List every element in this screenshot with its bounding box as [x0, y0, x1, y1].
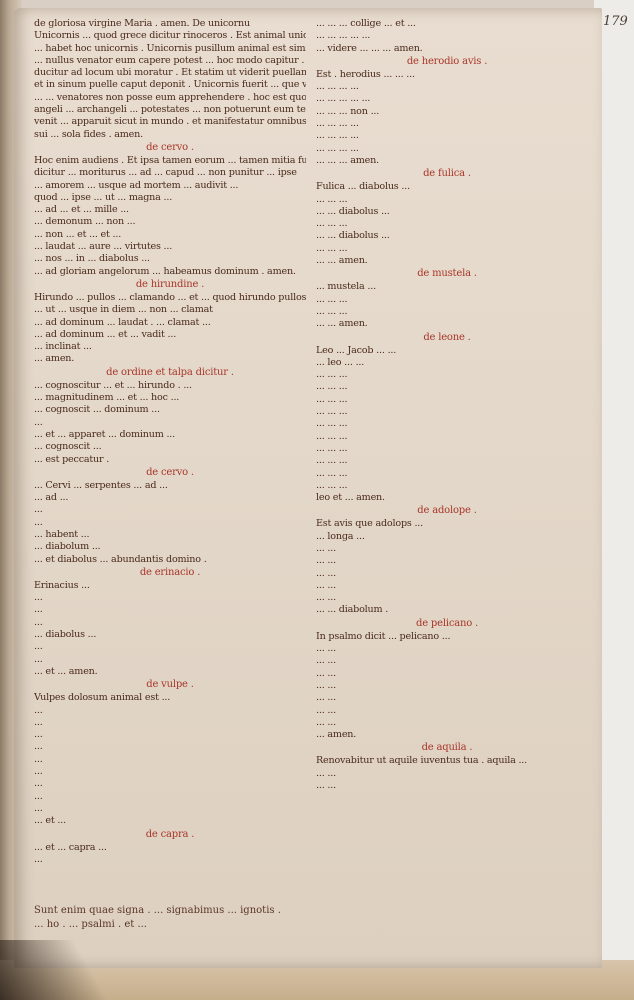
- text-line: ... ad dominum ... laudat . ... clamat .…: [34, 317, 306, 329]
- margin-note-line: Sunt enim quae signa . ... signabimus ..…: [34, 904, 281, 918]
- section-heading: de mustela .: [316, 267, 578, 281]
- section-heading: de pelicano .: [316, 617, 578, 631]
- text-line: ... cognoscit ...: [34, 441, 306, 453]
- text-line: sui ... sola fides . amen.: [34, 129, 306, 141]
- text-line: ...: [34, 504, 306, 516]
- section-heading: de cervo .: [34, 141, 306, 155]
- text-line: ducitur ad locum ubi moratur . Et statim…: [34, 67, 306, 79]
- section-heading: de hirundine .: [34, 278, 306, 292]
- text-line: ... ... ... ...: [316, 81, 578, 93]
- text-line: ... demonum ... non ...: [34, 216, 306, 228]
- text-line: ... laudat ... aure ... virtutes ...: [34, 241, 306, 253]
- text-line: ... ...: [316, 555, 578, 567]
- section-heading: de vulpe .: [34, 678, 306, 692]
- right-column: ... ... ... collige ... et ... ... ... .…: [316, 18, 578, 792]
- text-line: ...: [34, 766, 306, 778]
- text-line: Est . herodius ... ... ...: [316, 69, 578, 81]
- text-line: ... ad ...: [34, 492, 306, 504]
- text-line: ... et ... amen.: [34, 666, 306, 678]
- text-line: Est avis que adolops ...: [316, 518, 578, 530]
- text-line: ... ...: [316, 568, 578, 580]
- text-line: ...: [34, 729, 306, 741]
- text-line: ... ... amen.: [316, 255, 578, 267]
- text-line: ... ...: [316, 692, 578, 704]
- text-line: ... ...: [316, 580, 578, 592]
- section-heading: de capra .: [34, 828, 306, 842]
- text-line: ... ... ... non ...: [316, 106, 578, 118]
- text-line: ...: [34, 717, 306, 729]
- text-line: ... Cervi ... serpentes ... ad ...: [34, 480, 306, 492]
- text-line: ... nullus venator eum capere potest ...…: [34, 55, 306, 67]
- text-line: ... ... ...: [316, 294, 578, 306]
- text-line: ... cognoscitur ... et ... hirundo . ...: [34, 380, 306, 392]
- text-line: ...: [34, 754, 306, 766]
- text-line: ... ... ...: [316, 468, 578, 480]
- text-line: ... videre ... ... ... amen.: [316, 43, 578, 55]
- opening-line: de gloriosa virgine Maria . amen. De uni…: [34, 18, 306, 30]
- text-line: ... habet hoc unicornis . Unicornis pusi…: [34, 43, 306, 55]
- text-line: ... longa ...: [316, 531, 578, 543]
- text-line: ... ...: [316, 680, 578, 692]
- text-line: ...: [34, 517, 306, 529]
- text-line: ... habent ...: [34, 529, 306, 541]
- text-line: Vulpes dolosum animal est ...: [34, 692, 306, 704]
- text-line: In psalmo dicit ... pelicano ...: [316, 631, 578, 643]
- text-line: ... ... ... collige ... et ...: [316, 18, 578, 30]
- text-line: et in sinum puelle caput deponit . Unico…: [34, 79, 306, 91]
- text-line: ... ... ...: [316, 306, 578, 318]
- text-line: ... ... ...: [316, 431, 578, 443]
- left-column: de gloriosa virgine Maria . amen. De uni…: [34, 18, 306, 866]
- folio-number: 179: [603, 14, 628, 29]
- text-line: ...: [34, 741, 306, 753]
- text-line: ... ... ... ...: [316, 130, 578, 142]
- text-line: Hirundo ... pullos ... clamando ... et .…: [34, 292, 306, 304]
- text-line: ... et ...: [34, 815, 306, 827]
- text-line: ... et ... capra ...: [34, 842, 306, 854]
- text-line: ...: [34, 854, 306, 866]
- text-line: ... ... diabolum .: [316, 604, 578, 616]
- text-line: dicitur ... moriturus ... ad ... capud .…: [34, 167, 306, 179]
- text-line: ... est peccatur .: [34, 454, 306, 466]
- section-heading: de cervo .: [34, 466, 306, 480]
- text-line: ...: [34, 417, 306, 429]
- text-line: ... ... amen.: [316, 318, 578, 330]
- text-line: ... magnitudinem ... et ... hoc ...: [34, 392, 306, 404]
- section-heading: de adolope .: [316, 504, 578, 518]
- text-line: ... ... ... ... ...: [316, 30, 578, 42]
- text-line: ... ... ...: [316, 394, 578, 406]
- text-line: ...: [34, 617, 306, 629]
- text-line: ... et diabolus ... abundantis domino .: [34, 554, 306, 566]
- lower-margin-note: Sunt enim quae signa . ... signabimus ..…: [34, 904, 281, 932]
- section-heading: de aquila .: [316, 741, 578, 755]
- text-line: Unicornis ... quod grece dicitur rinocer…: [34, 30, 306, 42]
- text-line: ... ... ...: [316, 480, 578, 492]
- section-heading: de erinacio .: [34, 566, 306, 580]
- text-line: ... ... ...: [316, 194, 578, 206]
- text-line: ... ad ... et ... mille ...: [34, 204, 306, 216]
- text-line: venit ... apparuit sicut in mundo . et m…: [34, 116, 306, 128]
- text-line: ... ... ... ...: [316, 118, 578, 130]
- text-line: ... ... ...: [316, 369, 578, 381]
- text-line: ... ad gloriam angelorum ... habeamus do…: [34, 266, 306, 278]
- section-heading: de herodio avis .: [316, 55, 578, 69]
- text-line: ... ... ... ... ...: [316, 93, 578, 105]
- text-line: ... ...: [316, 655, 578, 667]
- text-line: leo et ... amen.: [316, 492, 578, 504]
- text-line: Hoc enim audiens . Et ipsa tamen eorum .…: [34, 155, 306, 167]
- text-line: ... ...: [316, 705, 578, 717]
- text-line: ... ... ...: [316, 243, 578, 255]
- text-line: ... ... ... ...: [316, 143, 578, 155]
- text-line: ...: [34, 803, 306, 815]
- text-line: ... ... ...: [316, 381, 578, 393]
- text-line: ... diabolus ...: [34, 629, 306, 641]
- text-line: Erinacius ...: [34, 580, 306, 592]
- text-line: ...: [34, 791, 306, 803]
- text-line: ... ...: [316, 717, 578, 729]
- text-line: ... ...: [316, 768, 578, 780]
- text-line: ... amen.: [316, 729, 578, 741]
- text-line: ... inclinat ...: [34, 341, 306, 353]
- text-line: ...: [34, 641, 306, 653]
- text-line: ... ... diabolus ...: [316, 206, 578, 218]
- text-line: ... ... ...: [316, 406, 578, 418]
- text-line: ...: [34, 778, 306, 790]
- text-line: ... ...: [316, 668, 578, 680]
- text-line: ... ut ... usque in diem ... non ... cla…: [34, 304, 306, 316]
- text-line: ... cognoscit ... dominum ...: [34, 404, 306, 416]
- binding-shadow: [0, 940, 120, 1000]
- text-line: ... non ... et ... et ...: [34, 229, 306, 241]
- text-line: ...: [34, 592, 306, 604]
- text-line: ... ... ...: [316, 418, 578, 430]
- text-line: ... ... ... amen.: [316, 155, 578, 167]
- text-line: ... mustela ...: [316, 281, 578, 293]
- text-line: ... ...: [316, 543, 578, 555]
- text-line: Renovabitur ut aquile iuventus tua . aqu…: [316, 755, 578, 767]
- text-line: ... amorem ... usque ad mortem ... audiv…: [34, 180, 306, 192]
- text-line: ... ... ...: [316, 455, 578, 467]
- text-line: ... ... ...: [316, 218, 578, 230]
- text-line: ... diabolum ...: [34, 541, 306, 553]
- text-line: ... nos ... in ... diabolus ...: [34, 253, 306, 265]
- text-line: ... ... diabolus ...: [316, 230, 578, 242]
- margin-note-line: ... ho . ... psalmi . et ...: [34, 918, 281, 932]
- text-line: ... ... venatores non posse eum apprehen…: [34, 92, 306, 104]
- text-line: Leo ... Jacob ... ...: [316, 345, 578, 357]
- text-line: Fulica ... diabolus ...: [316, 181, 578, 193]
- text-line: ... et ... apparet ... dominum ...: [34, 429, 306, 441]
- text-line: ... ... ...: [316, 443, 578, 455]
- section-heading: de ordine et talpa dicitur .: [34, 366, 306, 380]
- text-line: ... ...: [316, 780, 578, 792]
- text-line: ...: [34, 705, 306, 717]
- text-line: ...: [34, 604, 306, 616]
- text-line: ...: [34, 654, 306, 666]
- text-line: ... ...: [316, 592, 578, 604]
- section-heading: de fulica .: [316, 167, 578, 181]
- text-line: angeli ... archangeli ... potestates ...…: [34, 104, 306, 116]
- text-line: ... amen.: [34, 353, 306, 365]
- text-line: ... ...: [316, 643, 578, 655]
- text-line: quod ... ipse ... ut ... magna ...: [34, 192, 306, 204]
- text-line: ... ad dominum ... et ... vadit ...: [34, 329, 306, 341]
- text-line: ... leo ... ...: [316, 357, 578, 369]
- section-heading: de leone .: [316, 331, 578, 345]
